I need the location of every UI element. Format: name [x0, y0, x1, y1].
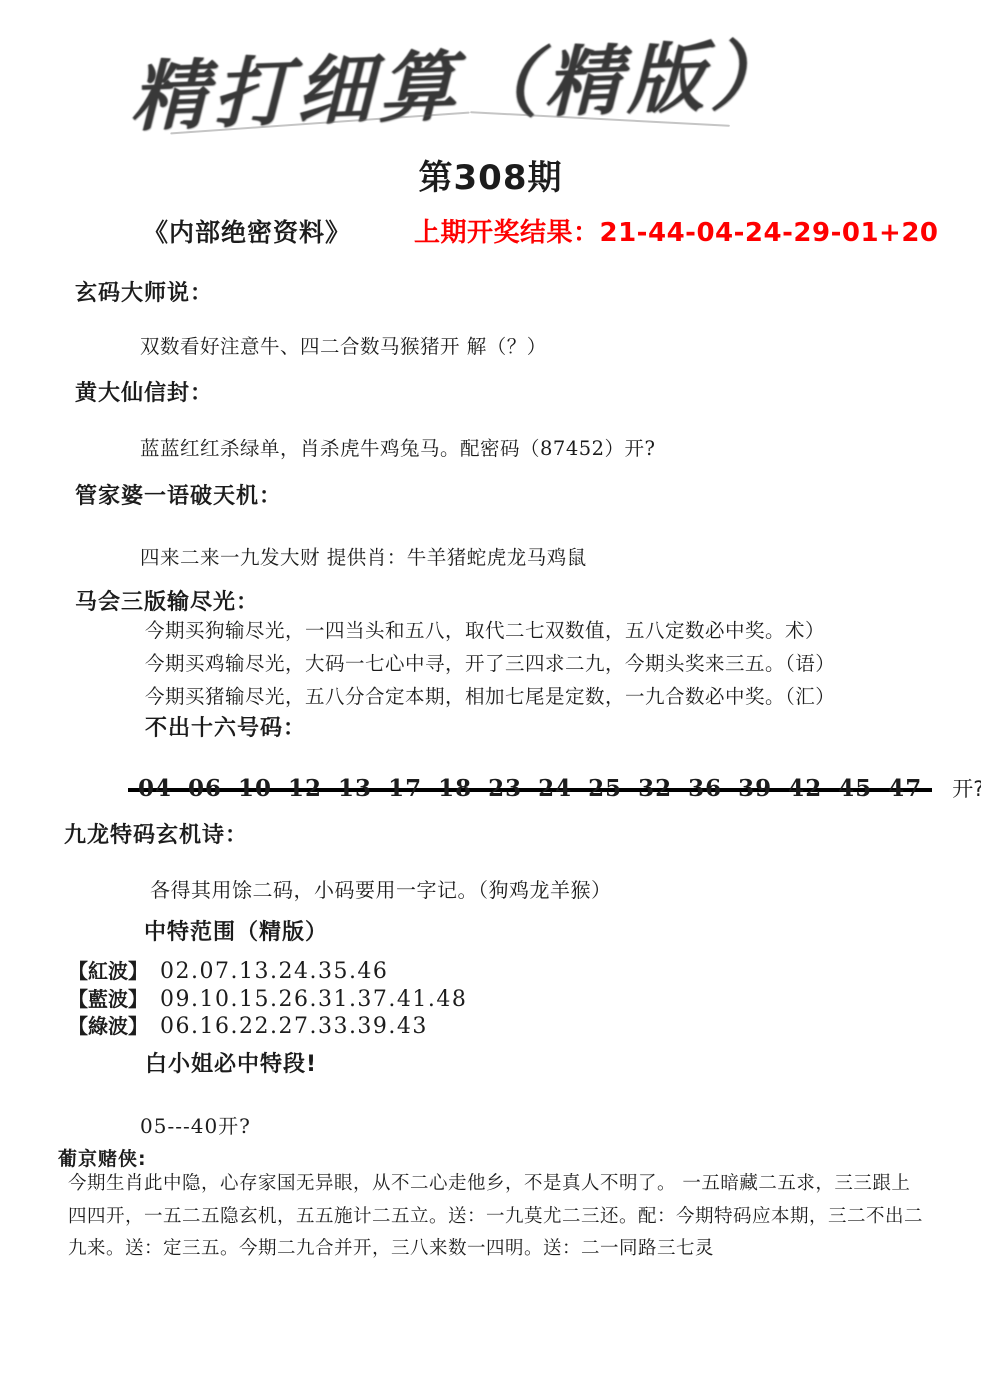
guanjiapo-tip: 四来二来一九发大财 提供肖：牛羊猪蛇虎龙马鸡鼠 [140, 542, 587, 570]
blue-wave-row: 【藍波】09.10.15.26.31.37.41.48 [68, 983, 467, 1012]
last-draw-result: 上期开奖结果：21-44-04-24-29-01+20 [414, 212, 939, 249]
secret-material-label: 《内部绝密资料》 [143, 213, 351, 249]
baixiaojie-heading: 白小姐必中特段! [145, 1047, 317, 1078]
blue-wave-label: 【藍波】 [68, 987, 148, 1011]
excluded-numbers-suffix: 开? 准 [952, 777, 981, 801]
section-heading-guanjiapo: 管家婆一语破天机： [75, 479, 282, 510]
xuanma-master-tip: 双数看好注意牛、四二合数马猴猪开 解（？） [140, 331, 547, 359]
green-wave-numbers: 06.16.22.27.33.39.43 [160, 1014, 428, 1039]
excluded-numbers-row: 04 06 10 12 13 17 18 23 24 25 32 36 39 4… [128, 773, 981, 803]
section-heading-jiulong-poem: 九龙特码玄机诗： [64, 818, 248, 849]
baixiaojie-range: 05---40开? [140, 1110, 251, 1139]
zhongte-range-title: 中特范围（精版） [144, 915, 328, 946]
green-wave-label: 【綠波】 [68, 1014, 148, 1038]
pujing-gambler-verse: 今期生肖此中隐，心存家国无异眼，从不二心走他乡，不是真人不明了。 一五暗藏二五求… [68, 1168, 958, 1266]
section-heading-sixteen-excluded: 不出十六号码： [145, 711, 306, 742]
red-wave-row: 【紅波】02.07.13.24.35.46 [68, 955, 388, 984]
section-heading-mahui-shujinguang: 马会三版输尽光： [75, 585, 259, 616]
excluded-numbers-strikethrough: 04 06 10 12 13 17 18 23 24 25 32 36 39 4… [128, 775, 932, 802]
red-wave-label: 【紅波】 [68, 959, 148, 983]
masthead-logo: 精打细算（精版） [140, 18, 800, 140]
section-heading-xuanma-master: 玄码大师说： [75, 276, 213, 307]
mahui-shujinguang-lines: 今期买狗输尽光，一四当头和五八，取代二七双数值，五八定数必中奖。术） 今期买鸡输… [145, 614, 835, 713]
blue-wave-numbers: 09.10.15.26.31.37.41.48 [160, 987, 467, 1012]
jiulong-poem-line: 各得其用馀二码，小码要用一字记。（狗鸡龙羊猴） [150, 874, 612, 903]
wong-tai-sin-tip: 蓝蓝红红杀绿单，肖杀虎牛鸡兔马。配密码（87452）开? [140, 433, 656, 461]
section-heading-wong-tai-sin: 黄大仙信封： [75, 376, 213, 407]
red-wave-numbers: 02.07.13.24.35.46 [160, 959, 388, 984]
green-wave-row: 【綠波】06.16.22.27.33.39.43 [68, 1010, 428, 1039]
lottery-tip-sheet: 精打细算（精版） 第308期 《内部绝密资料》 上期开奖结果：21-44-04-… [0, 0, 981, 1388]
issue-number-title: 第308期 [0, 150, 981, 199]
pujing-gambler-heading: 葡京赌侠: [58, 1144, 147, 1171]
